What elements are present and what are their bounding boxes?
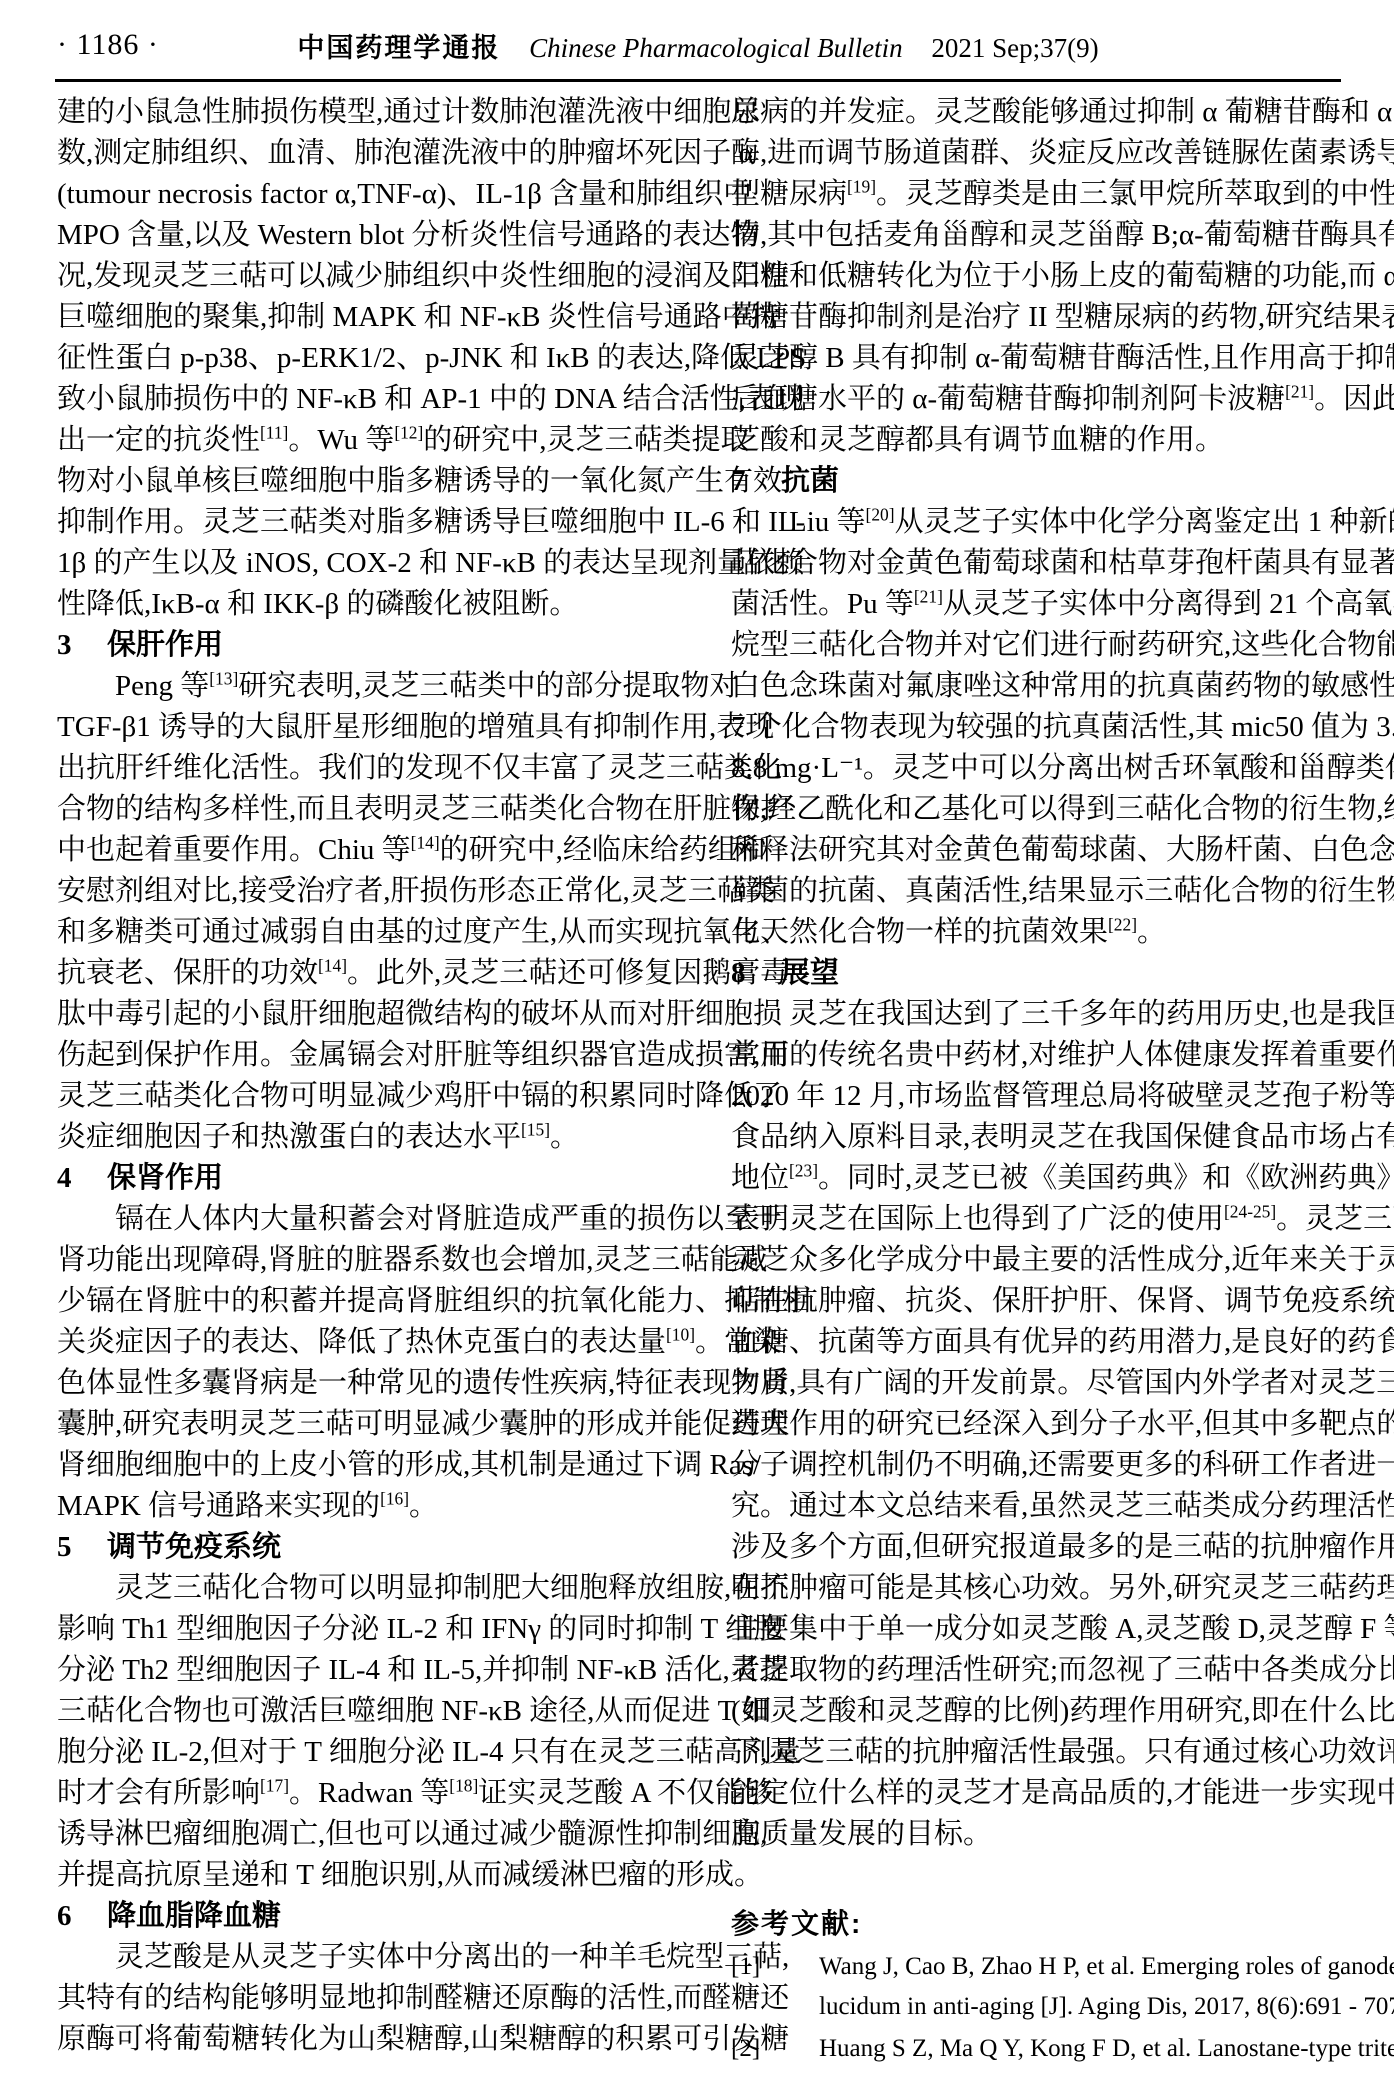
text-line: MAPK 信号通路来实现的[16]。 xyxy=(57,1486,699,1527)
section-number: 5 xyxy=(57,1527,79,1568)
text-line: 出抗肝纤维化活性。我们的发现不仅丰富了灵芝三萜类化 xyxy=(57,748,699,789)
text-line: 炎症细胞因子和热激蛋白的表达水平[15]。 xyxy=(57,1117,699,1158)
text-line: 8.8 mg·L⁻¹。灵芝中可以分离出树舌环氧酸和甾醇类化合 xyxy=(731,748,1373,789)
paragraph: Liu 等[20]从灵芝子实体中化学分离鉴定出 1 种新的三萜化合物对金黄色葡萄… xyxy=(731,502,1373,953)
text-line: 中也起着重要作用。Chiu 等[14]的研究中,经临床给药组和 xyxy=(57,830,699,871)
text-line: 血糖、抗菌等方面具有优异的药用潜力,是良好的药食同源 xyxy=(731,1322,1373,1363)
text-line: 烷型三萜化合物并对它们进行耐药研究,这些化合物能提高 xyxy=(731,625,1373,666)
reference-line: lucidum in anti-aging [J]. Aging Dis, 20… xyxy=(819,1987,1373,2027)
issue-info: 2021 Sep;37(9) xyxy=(931,33,1098,63)
reference-item: [1]Wang J, Cao B, Zhao H P, et al. Emerg… xyxy=(731,1947,1373,2027)
text-line: 囊肿,研究表明灵芝三萜可明显减少囊肿的形成并能促进犬 xyxy=(57,1404,699,1445)
text-line: 关炎症因子的表达、降低了热休克蛋白的表达量[10]。常染 xyxy=(57,1322,699,1363)
text-line: 下,灵芝三萜的抗肿瘤活性最强。只有通过核心功效评价才 xyxy=(731,1732,1373,1773)
text-line: 物质,具有广阔的开发前景。尽管国内外学者对灵芝三萜的 xyxy=(731,1363,1373,1404)
paragraph: 灵芝在我国达到了三千多年的药用历史,也是我国民间常用的传统名贵中药材,对维护人体… xyxy=(731,994,1373,1855)
text-line: 食品纳入原料目录,表明灵芝在我国保健食品市场占有重要 xyxy=(731,1117,1373,1158)
section-number: 3 xyxy=(57,625,79,666)
text-line: 明抗肿瘤可能是其核心功效。另外,研究灵芝三萜药理作用 xyxy=(731,1568,1373,1609)
text-line: 肽中毒引起的小鼠肝细胞超微结构的破坏从而对肝细胞损 xyxy=(57,994,699,1035)
section-number: 4 xyxy=(57,1158,79,1199)
text-line: MPO 含量,以及 Western blot 分析炎性信号通路的表达情 xyxy=(57,215,699,256)
text-line: 萄糖苷酶抑制剂是治疗 II 型糖尿病的药物,研究结果表明 xyxy=(731,297,1373,338)
text-line: 数,测定肺组织、血清、肺泡灌洗液中的肿瘤坏死因子 α xyxy=(57,133,699,174)
text-line: 出一定的抗炎性[11]。Wu 等[12]的研究中,灵芝三萜类提取 xyxy=(57,420,699,461)
text-line: 征性蛋白 p-p38、p-ERK1/2、p-JNK 和 IκB 的表达,降低 L… xyxy=(57,338,699,379)
text-line: 高质量发展的目标。 xyxy=(731,1814,1373,1855)
section-title: 展望 xyxy=(781,957,839,989)
text-line: 少镉在肾脏中的积蓄并提高肾脏组织的抗氧化能力、抑制相 xyxy=(57,1281,699,1322)
text-line: 白色念珠菌对氟康唑这种常用的抗真菌药物的敏感性,其中 xyxy=(731,666,1373,707)
text-line: 抗衰老、保肝的功效[14]。此外,灵芝三萜还可修复因鹅膏毒 xyxy=(57,953,699,994)
text-line: 究。通过本文总结来看,虽然灵芝三萜类成分药理活性研究 xyxy=(731,1486,1373,1527)
text-line: 2020 年 12 月,市场监督管理总局将破壁灵芝孢子粉等保健 xyxy=(731,1076,1373,1117)
text-line: 物,经乙酰化和乙基化可以得到三萜化合物的衍生物,经微 xyxy=(731,789,1373,830)
text-line: 7 个化合物表现为较强的抗真菌活性,其 mic50 值为 3.8— xyxy=(731,707,1373,748)
text-line: 物,其中包括麦角甾醇和灵芝甾醇 B;α-葡萄糖苷酶具有将 xyxy=(731,215,1373,256)
paragraph: 尿病的并发症。灵芝酸能够通过抑制 α 葡糖苷酶和 α 淀粉酶,进而调节肠道菌群、… xyxy=(731,92,1373,461)
text-line: 灵芝醇 B 具有抑制 α-葡萄糖苷酶活性,且作用高于抑制餐 xyxy=(731,338,1373,379)
left-column: 建的小鼠急性肺损伤模型,通过计数肺泡灌洗液中细胞总数,测定肺组织、血清、肺泡灌洗… xyxy=(57,92,699,2060)
text-line: 致小鼠肺损伤中的 NF-κB 和 AP-1 中的 DNA 结合活性,表现 xyxy=(57,379,699,420)
section-title: 降血脂降血糖 xyxy=(107,1900,281,1932)
text-line: 灵芝在我国达到了三千多年的药用历史,也是我国民间 xyxy=(731,994,1373,1035)
paragraph: 建的小鼠急性肺损伤模型,通过计数肺泡灌洗液中细胞总数,测定肺组织、血清、肺泡灌洗… xyxy=(57,92,699,625)
text-line: 分泌 Th2 型细胞因子 IL-4 和 IL-5,并抑制 NF-κB 活化,灵芝 xyxy=(57,1650,699,1691)
right-column: 尿病的并发症。灵芝酸能够通过抑制 α 葡糖苷酶和 α 淀粉酶,进而调节肠道菌群、… xyxy=(731,92,1373,2069)
text-line: 三萜化合物也可激活巨噬细胞 NF-κB 途径,从而促进 T 细 xyxy=(57,1691,699,1732)
text-line: 表明灵芝在国际上也得到了广泛的使用[24-25]。灵芝三萜是 xyxy=(731,1199,1373,1240)
text-line: 萜在抗肿瘤、抗炎、保肝护肝、保肾、调节免疫系统、降血脂降 xyxy=(731,1281,1373,1322)
journal-title-cn: 中国药理学通报 xyxy=(297,33,500,63)
text-line: 诱导淋巴瘤细胞凋亡,但也可以通过减少髓源性抑制细胞, xyxy=(57,1814,699,1855)
paragraph: 镉在人体内大量积蓄会对肾脏造成严重的损伤以至于肾功能出现障碍,肾脏的脏器系数也会… xyxy=(57,1199,699,1527)
section-title: 抗菌 xyxy=(781,465,839,497)
text-line: 菌活性。Pu 等[21]从灵芝子实体中分离得到 21 个高氧羊毛 xyxy=(731,584,1373,625)
text-line: (tumour necrosis factor α,TNF-α)、IL-1β 含… xyxy=(57,174,699,215)
text-line: 原酶可将葡萄糖转化为山梨糖醇,山梨糖醇的积累可引发糖 xyxy=(57,2019,699,2060)
section-heading: 6降血脂降血糖 xyxy=(57,1896,699,1937)
page-header: · 1186 · 中国药理学通报 Chinese Pharmacological… xyxy=(57,12,1339,70)
text-line: 其特有的结构能够明显地抑制醛糖还原酶的活性,而醛糖还 xyxy=(57,1978,699,2019)
text-line: 主要集中于单一成分如灵芝酸 A,灵芝酸 D,灵芝醇 F 等,或 xyxy=(731,1609,1373,1650)
text-line: 1β 的产生以及 iNOS, COX-2 和 NF-κB 的表达呈现剂量依赖 xyxy=(57,543,699,584)
text-line: Peng 等[13]研究表明,灵芝三萜类中的部分提取物对 xyxy=(57,666,699,707)
section-title: 保肾作用 xyxy=(107,1162,223,1194)
paragraph: 灵芝三萜化合物可以明显抑制肥大细胞释放组胺,在不影响 Th1 型细胞因子分泌 I… xyxy=(57,1568,699,1896)
section-heading: 7抗菌 xyxy=(731,461,1373,502)
section-number: 8 xyxy=(731,953,753,994)
text-line: 肾功能出现障碍,肾脏的脏器系数也会增加,灵芝三萜能减 xyxy=(57,1240,699,1281)
section-number: 7 xyxy=(731,461,753,502)
text-line: TGF-β1 诱导的大鼠肝星形细胞的增殖具有抑制作用,表现 xyxy=(57,707,699,748)
text-line: 萜化合物对金黄色葡萄球菌和枯草芽孢杆菌具有显著的抑 xyxy=(731,543,1373,584)
section-number: 6 xyxy=(57,1896,79,1937)
text-line: 安慰剂组对比,接受治疗者,肝损伤形态正常化,灵芝三萜类 xyxy=(57,871,699,912)
text-line: 与天然化合物一样的抗菌效果[22]。 xyxy=(731,912,1373,953)
text-line: 常用的传统名贵中药材,对维护人体健康发挥着重要作用。 xyxy=(731,1035,1373,1076)
text-line: 芝酸和灵芝醇都具有调节血糖的作用。 xyxy=(731,420,1373,461)
text-line: 建的小鼠急性肺损伤模型,通过计数肺泡灌洗液中细胞总 xyxy=(57,92,699,133)
text-line: 灵芝酸是从灵芝子实体中分离出的一种羊毛烷型三萜, xyxy=(57,1937,699,1978)
section-heading: 8展望 xyxy=(731,953,1373,994)
text-line: 时才会有所影响[17]。Radwan 等[18]证实灵芝酸 A 不仅能够 xyxy=(57,1773,699,1814)
text-line: 药理作用的研究已经深入到分子水平,但其中多靶点的复杂 xyxy=(731,1404,1373,1445)
reference-item: [2]Huang S Z, Ma Q Y, Kong F D, et al. L… xyxy=(731,2029,1373,2069)
text-line: 抑制作用。灵芝三萜类对脂多糖诱导巨噬细胞中 IL-6 和 IL- xyxy=(57,502,699,543)
references-heading: 参考文献: xyxy=(731,1903,1373,1945)
text-line: 灵芝三萜化合物可以明显抑制肥大细胞释放组胺,在不 xyxy=(57,1568,699,1609)
text-line: 胞分泌 IL-2,但对于 T 细胞分泌 IL-4 只有在灵芝三萜高剂量 xyxy=(57,1732,699,1773)
text-line: 稀释法研究其对金黄色葡萄球菌、大肠杆菌、白色念珠菌、毛 xyxy=(731,830,1373,871)
text-line: 物对小鼠单核巨噬细胞中脂多糖诱导的一氧化氮产生有效 xyxy=(57,461,699,502)
text-line: 酶,进而调节肠道菌群、炎症反应改善链脲佐菌素诱导的 1 xyxy=(731,133,1373,174)
text-line: 涉及多个方面,但研究报道最多的是三萜的抗肿瘤作用,表 xyxy=(731,1527,1373,1568)
text-line: 后血糖水平的 α-葡萄糖苷酶抑制剂阿卡波糖[21]。因此,灵 xyxy=(731,379,1373,420)
text-line: 肾细胞细胞中的上皮小管的形成,其机制是通过下调 Ras/ xyxy=(57,1445,699,1486)
text-line: 镉在人体内大量积蓄会对肾脏造成严重的损伤以至于 xyxy=(57,1199,699,1240)
text-line: 者提取物的药理活性研究;而忽视了三萜中各类成分比例 xyxy=(731,1650,1373,1691)
text-line: 分子调控机制仍不明确,还需要更多的科研工作者进一步探 xyxy=(731,1445,1373,1486)
text-line: 伤起到保护作用。金属镉会对肝脏等组织器官造成损害,而 xyxy=(57,1035,699,1076)
text-line: 并提高抗原呈递和 T 细胞识别,从而减缓淋巴瘤的形成。 xyxy=(57,1855,699,1896)
text-line: 灵芝三萜类化合物可明显减少鸡肝中镉的积累同时降低了 xyxy=(57,1076,699,1117)
journal-masthead: 中国药理学通报 Chinese Pharmacological Bulletin… xyxy=(57,26,1339,65)
text-line: 地位[23]。同时,灵芝已被《美国药典》和《欧洲药典》收录, xyxy=(731,1158,1373,1199)
journal-page: · 1186 · 中国药理学通报 Chinese Pharmacological… xyxy=(0,0,1394,2082)
section-title: 保肝作用 xyxy=(107,629,223,661)
reference-line: Huang S Z, Ma Q Y, Kong F D, et al. Lano… xyxy=(819,2029,1373,2069)
text-line: 况,发现灵芝三萜可以减少肺组织中炎性细胞的浸润及阳性 xyxy=(57,256,699,297)
text-line: (如灵芝酸和灵芝醇的比例)药理作用研究,即在什么比例 xyxy=(731,1691,1373,1732)
text-line: 合物的结构多样性,而且表明灵芝三萜类化合物在肝脏保护 xyxy=(57,789,699,830)
text-line: 巨噬细胞的聚集,抑制 MAPK 和 NF-κB 炎性信号通路中特 xyxy=(57,297,699,338)
text-line: 能定位什么样的灵芝才是高品质的,才能进一步实现中药材 xyxy=(731,1773,1373,1814)
text-line: 尿病的并发症。灵芝酸能够通过抑制 α 葡糖苷酶和 α 淀粉 xyxy=(731,92,1373,133)
reference-line: Wang J, Cao B, Zhao H P, et al. Emerging… xyxy=(819,1947,1373,1987)
text-line: 二糖和低糖转化为位于小肠上皮的葡萄糖的功能,而 α-葡 xyxy=(731,256,1373,297)
reference-marker: [2] xyxy=(731,2029,760,2069)
text-line: 性降低,IκB-α 和 IKK-β 的磷酸化被阻断。 xyxy=(57,584,699,625)
text-line: 色体显性多囊肾病是一种常见的遗传性疾病,特征表现为肾 xyxy=(57,1363,699,1404)
text-line: 和多糖类可通过减弱自由基的过度产生,从而实现抗氧化、 xyxy=(57,912,699,953)
text-line: 型糖尿病[19]。灵芝醇类是由三氯甲烷所萃取到的中性产 xyxy=(731,174,1373,215)
section-heading: 4保肾作用 xyxy=(57,1158,699,1199)
reference-marker: [1] xyxy=(731,1947,760,1987)
header-rule xyxy=(55,79,1341,82)
journal-title-en: Chinese Pharmacological Bulletin xyxy=(529,33,902,63)
text-line: Liu 等[20]从灵芝子实体中化学分离鉴定出 1 种新的三 xyxy=(731,502,1373,543)
paragraph: 灵芝酸是从灵芝子实体中分离出的一种羊毛烷型三萜,其特有的结构能够明显地抑制醛糖还… xyxy=(57,1937,699,2060)
section-heading: 5调节免疫系统 xyxy=(57,1527,699,1568)
section-title: 调节免疫系统 xyxy=(107,1531,281,1563)
section-heading: 3保肝作用 xyxy=(57,625,699,666)
text-line: 影响 Th1 型细胞因子分泌 IL-2 和 IFNγ 的同时抑制 T 细胞 xyxy=(57,1609,699,1650)
text-line: 灵芝众多化学成分中最主要的活性成分,近年来关于灵芝三 xyxy=(731,1240,1373,1281)
text-line: 藓菌的抗菌、真菌活性,结果显示三萜化合物的衍生物具有 xyxy=(731,871,1373,912)
paragraph: Peng 等[13]研究表明,灵芝三萜类中的部分提取物对TGF-β1 诱导的大鼠… xyxy=(57,666,699,1158)
